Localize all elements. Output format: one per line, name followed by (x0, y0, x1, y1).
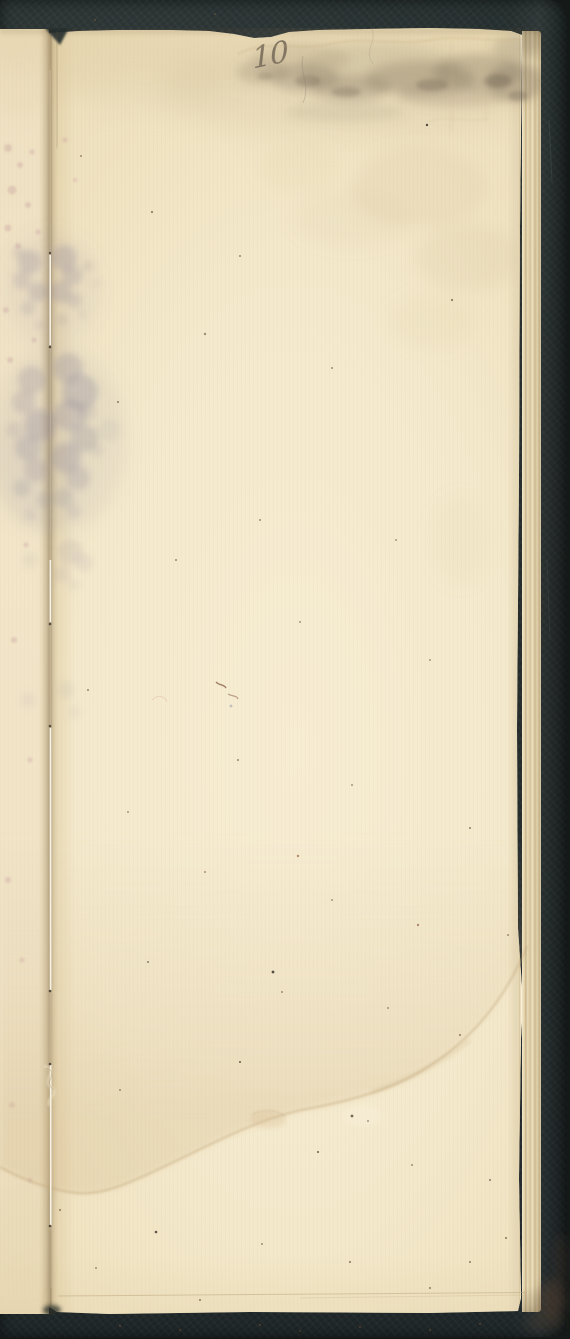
scanned-book-page: 10 (0, 0, 570, 1339)
page-gutter (41, 28, 58, 1315)
handwritten-page-number: 10 (251, 34, 289, 77)
blank-page (49, 28, 522, 1315)
page-edge-stack (522, 31, 541, 1312)
